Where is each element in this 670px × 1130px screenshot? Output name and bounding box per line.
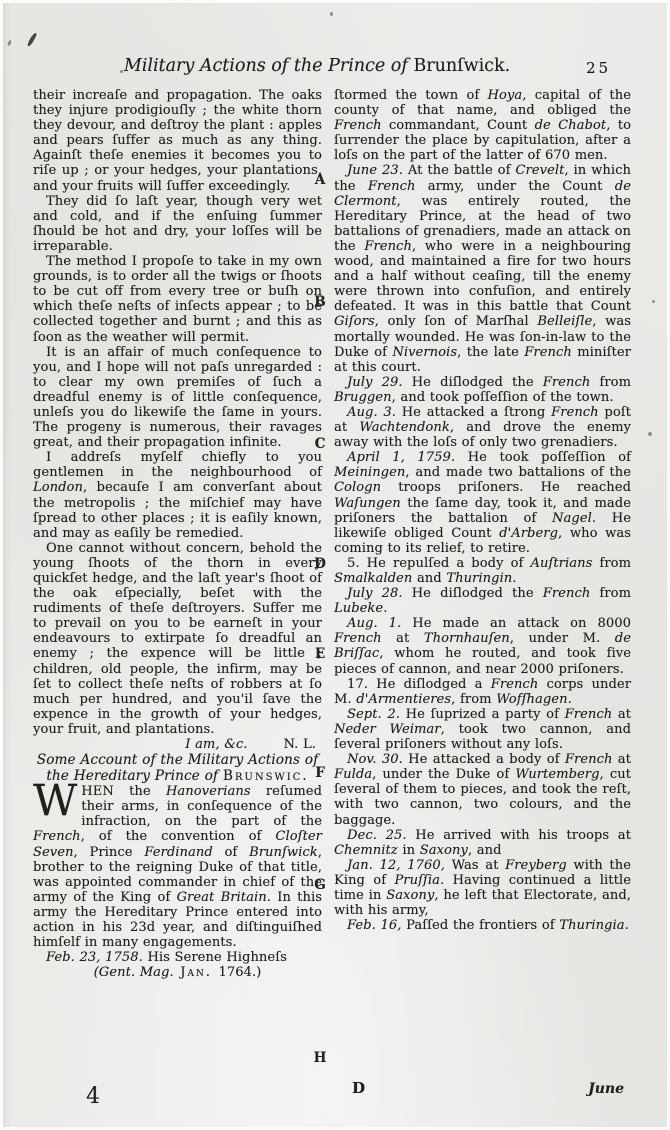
margin-letter-E: E [309, 646, 331, 662]
text-segment: from [590, 586, 631, 601]
text-segment: Belleiſle [537, 314, 592, 329]
margin-letter-F: F [309, 765, 331, 781]
text-segment: Thornhauſen [424, 631, 510, 646]
text-segment: French [334, 118, 382, 133]
text-segment: Saxony [420, 843, 468, 858]
text-segment: French [565, 752, 613, 767]
text-segment: Dec. 25. [347, 828, 407, 843]
text-segment: (Gent. Mag. [94, 965, 174, 980]
paragraph: 17. He diſlodged a French corps under M.… [334, 677, 631, 707]
margin-letter-G: G [309, 877, 331, 893]
text-segment: Sept. 2. [347, 707, 400, 722]
text-segment: . [625, 918, 629, 933]
text-segment: Wofſhagen [496, 692, 567, 707]
text-segment: 17. He diſlodged a [347, 677, 491, 692]
signature-numeral: 4 [86, 1084, 100, 1109]
text-segment: 1764.) [218, 965, 261, 980]
text-segment: I am, &c. [185, 737, 247, 752]
paragraph: Jan. 12, 1760, Was at Freyberg with the … [334, 858, 631, 918]
text-segment: d'Arberg [499, 526, 558, 541]
text-segment: , only ſon of Marſhal [375, 314, 538, 329]
running-title-roman: Brunſwick. [413, 56, 510, 76]
paragraph: July 29. He diſlodged the French from Br… [334, 375, 631, 405]
margin-letter-D: D [309, 556, 331, 572]
text-segment: , under the Duke of [372, 767, 515, 782]
text-segment: , from [451, 692, 496, 707]
paragraph: Feb. 23, 1758. His Serene Highneſs [33, 950, 322, 965]
paragraph: I am, &c.N. L. [33, 737, 322, 752]
text-segment: Neder Weimar [334, 722, 441, 737]
paragraph: Aug. 1. He made an attack on 8000 French… [334, 616, 631, 676]
text-segment: Paſſed the frontiers of [401, 918, 559, 933]
text-segment: He ſuprized a party of [400, 707, 565, 722]
paragraph: Feb. 16, Paſſed the frontiers of Thuring… [334, 918, 631, 933]
text-segment: London [33, 480, 83, 495]
text-segment: Brunſwick [249, 845, 318, 860]
text-segment: Wurtemberg [515, 767, 599, 782]
text-segment: 5. He repulſed a body of [347, 556, 530, 571]
text-segment: their increaſe and propagation. The oaks… [33, 88, 322, 194]
text-segment: French [368, 179, 416, 194]
text-segment: Pruſſia [394, 873, 440, 888]
text-segment: It is an affair of much conſequence to y… [33, 345, 322, 451]
ink-speck [648, 432, 652, 436]
text-segment: At the battle of [403, 163, 515, 178]
text-segment: W [33, 784, 81, 817]
text-segment: , Prince [74, 845, 145, 860]
text-segment: Feb. 16, [347, 918, 401, 933]
text-segment: He made an attack on 8000 [401, 616, 631, 631]
text-segment: Aug. 1. [347, 616, 401, 631]
text-segment: . [512, 571, 516, 586]
text-segment: Giſors [334, 314, 375, 329]
margin-letter-B: B [309, 294, 331, 310]
text-segment: Ferdinand [144, 845, 212, 860]
text-segment: de Chabot [535, 118, 607, 133]
text-segment: , and [468, 843, 502, 858]
paragraph: Aug. 3. He attacked a ſtrong French poſt… [334, 405, 631, 450]
text-segment: Smalkalden [334, 571, 412, 586]
text-segment: N. L. [284, 737, 316, 752]
paragraph: June 23. At the battle of Crevelt, in wh… [334, 163, 631, 374]
text-segment: Nov. 30. [347, 752, 403, 767]
paragraph: They did ſo laſt year, though very wet a… [33, 194, 322, 254]
text-segment: of [213, 845, 249, 860]
text-segment: . [383, 601, 387, 616]
left-column: their increaſe and propagation. The oaks… [33, 88, 322, 980]
text-segment: Great Britain [177, 890, 267, 905]
text-segment: Brunswic. [223, 768, 309, 784]
text-segment: Jan. 12, 1760, [347, 858, 445, 873]
text-segment: French [491, 677, 539, 692]
text-segment: Lubeke [334, 601, 383, 616]
text-segment: French [33, 829, 81, 844]
pen-mark [27, 32, 38, 47]
margin-letter-A: A [309, 172, 331, 188]
ink-speck [330, 12, 333, 16]
text-segment: Bruggen [334, 390, 392, 405]
paragraph: 5. He repulſed a body of Auſtrians from … [334, 556, 631, 586]
text-segment: French [543, 375, 591, 390]
paragraph: It is an affair of much conſequence to y… [33, 345, 322, 451]
text-segment: ſtormed the town of [334, 88, 488, 103]
text-segment: Chemnitz [334, 843, 398, 858]
text-segment: French [364, 239, 412, 254]
text-segment: French [565, 707, 613, 722]
text-segment: at [612, 752, 631, 767]
text-segment: He attacked a ſtrong [396, 405, 551, 420]
text-segment: Was at [445, 858, 505, 873]
text-segment: d'Armentieres [356, 692, 451, 707]
text-segment: Thuringia [559, 918, 624, 933]
text-segment: Jan. [174, 965, 219, 980]
text-segment: , of the convention of [81, 829, 276, 844]
running-title: Military Actions of the Prince of Brunſw… [78, 56, 556, 76]
paragraph: (Gent. Mag. Jan. 1764.) [33, 965, 322, 980]
text-segment: Crevelt [515, 163, 564, 178]
text-segment: French [334, 631, 382, 646]
ink-speck [652, 300, 655, 303]
text-segment: Hanoverians [166, 784, 251, 799]
text-segment: French [551, 405, 599, 420]
paragraph: ſtormed the town of Hoya, capital of the… [334, 88, 631, 163]
text-segment: His Serene Highneſs [143, 950, 287, 965]
text-segment: July 29. [347, 375, 403, 390]
paragraph: Sept. 2. He ſuprized a party of French a… [334, 707, 631, 752]
text-segment: He took poſſeſſion of [455, 450, 631, 465]
text-segment: He diſlodged the [403, 586, 543, 601]
text-segment: Saxony [386, 888, 434, 903]
text-segment: French [524, 345, 572, 360]
text-segment: Aug. 3. [347, 405, 396, 420]
text-segment: Hoya [488, 88, 523, 103]
text-segment: . [568, 692, 572, 707]
text-segment: June 23. [347, 163, 403, 178]
paragraph: July 28. He diſlodged the French from Lu… [334, 586, 631, 616]
text-segment: Feb. 23, 1758. [46, 950, 143, 965]
text-segment: Thuringin [446, 571, 512, 586]
paragraph: April 1, 1759. He took poſſeſſion of Mei… [334, 450, 631, 556]
ink-speck [7, 40, 12, 47]
text-segment: Freyberg [505, 858, 567, 873]
right-column: ſtormed the town of Hoya, capital of the… [334, 88, 631, 933]
margin-letter-H: H [309, 1050, 331, 1066]
catchword: June [560, 1081, 624, 1097]
paragraph: Dec. 25. He arrived with his troops at C… [334, 828, 631, 858]
text-segment: commandant, Count [382, 118, 535, 133]
paragraph: WHEN the Hanoverians reſumed their arms,… [33, 784, 322, 950]
running-title-italic: Military Actions of the Prince of [124, 56, 414, 76]
text-segment: and [412, 571, 446, 586]
paragraph: their increaſe and propagation. The oaks… [33, 88, 322, 194]
text-segment: , whom he routed, and took five pieces o… [334, 646, 631, 676]
text-segment: He diſlodged the [403, 375, 543, 390]
page-number: 25 [586, 59, 611, 77]
text-segment: Waſungen [334, 496, 401, 511]
paragraph: I addreſs myſelf chiefly to you gentleme… [33, 450, 322, 541]
text-segment: Auſtrians [530, 556, 592, 571]
text-segment: at [612, 707, 631, 722]
text-segment: Fulda [334, 767, 372, 782]
text-segment: They did ſo laſt year, though very wet a… [33, 194, 322, 254]
text-segment: He arrived with his troops at [407, 828, 631, 843]
paragraph: Nov. 30. He attacked a body of French at… [334, 752, 631, 827]
text-segment: I addreſs myſelf chiefly to you gentleme… [33, 450, 322, 480]
text-segment: Wachtendonk [359, 420, 449, 435]
text-segment: , and took poſſeſſion of the town. [392, 390, 614, 405]
text-segment: The method I propoſe to take in my own g… [33, 254, 322, 344]
text-segment: troops priſoners. He reached [381, 480, 631, 495]
text-segment: , and made two battalions of the [405, 465, 631, 480]
text-segment: Nivernois [392, 345, 457, 360]
text-segment: One cannot without concern, behold the y… [33, 541, 322, 737]
paragraph: One cannot without concern, behold the y… [33, 541, 322, 737]
text-segment: Nagel [552, 511, 592, 526]
text-segment: HEN the [81, 784, 166, 799]
text-segment: from [590, 375, 631, 390]
scanned-page: Military Actions of the Prince of Brunſw… [0, 0, 670, 1130]
gathering-letter: D [352, 1079, 365, 1097]
margin-letter-C: C [309, 436, 331, 452]
text-segment: at [382, 631, 424, 646]
text-segment: April 1, 1759. [347, 450, 455, 465]
text-segment: , the late [457, 345, 524, 360]
text-segment: Cologn [334, 480, 381, 495]
text-segment: army, under the Count [415, 179, 614, 194]
text-segment: Meiningen [334, 465, 405, 480]
text-segment: from [592, 556, 631, 571]
text-segment: French [543, 586, 591, 601]
text-segment: July 28. [347, 586, 403, 601]
paragraph: The method I propoſe to take in my own g… [33, 254, 322, 345]
text-segment: He attacked a body of [403, 752, 565, 767]
paragraph: Some Account of the Military Actions of … [33, 752, 322, 784]
text-segment: in [398, 843, 420, 858]
text-segment: , under M. [510, 631, 615, 646]
